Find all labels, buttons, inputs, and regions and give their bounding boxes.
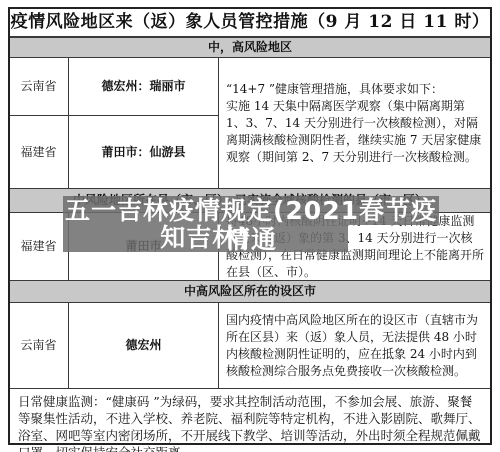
page-title: 疫情风险地区来（返）象人员管控措施（9 月 12 日 11 时） bbox=[8, 7, 492, 38]
province-cell: 福建省 bbox=[8, 115, 69, 189]
epidemic-control-table: 疫情风险地区来（返）象人员管控措施（9 月 12 日 11 时） 中，高风险地区… bbox=[0, 0, 500, 452]
area-cell: 莆田市：仙游县 bbox=[68, 115, 219, 189]
section-header-mid-high-risk: 中，高风险地区 bbox=[8, 37, 492, 58]
area-cell: 德宏州 bbox=[68, 302, 219, 389]
section-header-prefecture-city: 中高风险区所在的设区市 bbox=[8, 280, 492, 303]
watermark-line-1: 五一吉林疫情规定(2021春节疫情通 bbox=[63, 196, 439, 225]
daily-health-monitoring-note: 日常健康监测：“健康码 ”为绿码，要求其控制活动范围，不参加会展、旅游、聚餐等聚… bbox=[8, 388, 492, 445]
measure-cell: “14+7 ”健康管理措施，具体要求如下： 实施 14 天集中隔离医学观察（集中… bbox=[218, 57, 492, 189]
watermark-overlay: 五一吉林疫情规定(2021春节疫情通 知吉林) bbox=[63, 196, 439, 252]
measure-cell: 国内疫情中高风险地区所在的设区市（直辖市为所在区县）来（返）象人员，无法提供 4… bbox=[218, 302, 492, 389]
province-cell: 云南省 bbox=[8, 302, 69, 389]
area-cell: 德宏州：瑞丽市 bbox=[68, 57, 219, 116]
province-cell: 云南省 bbox=[8, 57, 69, 116]
watermark-line-2: 知吉林) bbox=[63, 225, 348, 252]
province-cell: 福建省 bbox=[8, 212, 69, 281]
